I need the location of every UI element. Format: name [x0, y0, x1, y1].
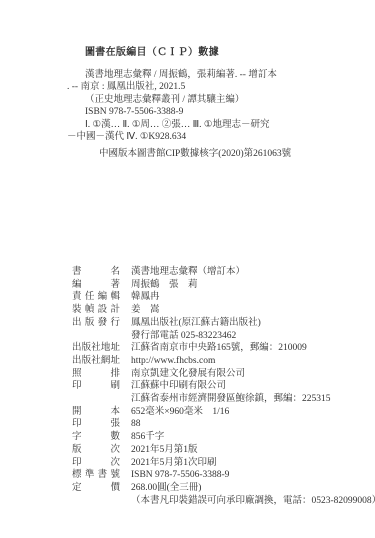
colophon-row-edition: 版 次2021年5月第1版: [72, 444, 367, 457]
colophon-value: 姜 嵩: [131, 304, 160, 317]
colophon-label: 印 次: [72, 457, 120, 470]
colophon-label: 書 名: [72, 266, 120, 279]
colophon-value: 江蘇省泰州市經濟開發區鮑徐鎮，郵編：225315: [131, 393, 331, 406]
cip-record-line-1: 漢書地理志彙釋 / 周振鶴，張莉編著. -- 增訂本: [67, 69, 327, 81]
colophon-row-publisher: 出版發行鳳凰出版社(原江蘇古籍出版社): [72, 317, 367, 330]
colophon-value: 江蘇蘇中印刷有限公司: [131, 380, 226, 393]
colophon-value: 856千字: [131, 431, 164, 444]
colophon-row-exchange-note: （本書凡印裝錯誤可向承印廠調換，電話：0523-82099008）: [72, 495, 367, 508]
colophon-value: （本書凡印裝錯誤可向承印廠調換，電話：0523-82099008）: [131, 495, 375, 508]
colophon-row-impression: 印 次2021年5月第1次印刷: [72, 457, 367, 470]
colophon-row-designer: 裝幀設計姜 嵩: [72, 304, 367, 317]
colophon-table: 書 名漢書地理志彙釋（增訂本） 編 著周振鶴 張 莉 責任編輯韓鳳冉 裝幀設計姜…: [72, 266, 367, 507]
colophon-value: ISBN 978-7-5506-3388-9: [131, 469, 229, 482]
colophon-label: 版 次: [72, 444, 120, 457]
colophon-value: 發行部電話 025-83223462: [131, 330, 236, 343]
colophon-label: 編 著: [72, 279, 120, 292]
colophon-label: 標準書號: [72, 469, 120, 482]
colophon-label: 定 價: [72, 482, 120, 495]
colophon-label: 開 本: [72, 406, 120, 419]
colophon-label: 責任編輯: [72, 291, 120, 304]
colophon-value: 鳳凰出版社(原江蘇古籍出版社): [131, 317, 261, 330]
colophon-row-format: 開 本652毫米×960毫米 1/16: [72, 406, 367, 419]
colophon-value: 韓鳳冉: [131, 291, 160, 304]
cip-record-number: 中國版本圖書館CIP數據核字(2020)第261063號: [99, 145, 291, 159]
colophon-row-publisher-website: 出版社網址http://www.fhcbs.com: [72, 355, 367, 368]
colophon-value: 漢書地理志彙釋（增訂本）: [131, 266, 245, 279]
colophon-row-typesetting: 照 排南京凱建文化發展有限公司: [72, 368, 367, 381]
copyright-page: 圖書在版編目（ＣＩＰ）數據 漢書地理志彙釋 / 周振鶴，張莉編著. -- 增訂本…: [0, 0, 375, 538]
colophon-value: 周振鶴 張 莉: [131, 279, 198, 292]
colophon-label: 照 排: [72, 368, 120, 381]
colophon-label: 出版社網址: [72, 355, 120, 368]
colophon-row-publisher-address: 出版社地址江蘇省南京市中央路165號，郵編：210009: [72, 342, 367, 355]
colophon-row-printer-address: 江蘇省泰州市經濟開發區鮑徐鎮，郵編：225315: [72, 393, 367, 406]
cip-record-line-2: . -- 南京 : 鳳凰出版社, 2021.5: [67, 81, 327, 93]
colophon-value: 南京凱建文化發展有限公司: [131, 368, 245, 381]
colophon-row-price: 定 價268.00圓(全三冊): [72, 482, 367, 495]
cip-record-block: 漢書地理志彙釋 / 周振鶴，張莉編著. -- 增訂本 . -- 南京 : 鳳凰出…: [67, 69, 327, 118]
colophon-row-printer: 印 刷江蘇蘇中印刷有限公司: [72, 380, 367, 393]
cip-series-line: （正史地理志彙釋叢刊 / 譚其驤主編）: [67, 94, 327, 106]
cip-classification-line-1: Ⅰ. ①漢… Ⅱ. ①周… ②張… Ⅲ. ①地理志－研究: [67, 119, 327, 131]
colophon-label: 印 張: [72, 418, 120, 431]
colophon-label: 出版社地址: [72, 342, 120, 355]
colophon-value: http://www.fhcbs.com: [131, 355, 215, 368]
colophon-label: 裝幀設計: [72, 304, 120, 317]
colophon-value: 88: [131, 418, 141, 431]
colophon-row-editor: 責任編輯韓鳳冉: [72, 291, 367, 304]
colophon-row-authors: 編 著周振鶴 張 莉: [72, 279, 367, 292]
cip-isbn-line: ISBN 978-7-5506-3388-9: [67, 106, 327, 118]
colophon-row-word-count: 字 數856千字: [72, 431, 367, 444]
colophon-value: 652毫米×960毫米 1/16: [131, 406, 229, 419]
colophon-label: 字 數: [72, 431, 120, 444]
cip-title: 圖書在版編目（ＣＩＰ）數據: [85, 43, 219, 58]
colophon-value: 江蘇省南京市中央路165號，郵編：210009: [131, 342, 307, 355]
cip-classification-line-2: －中國－漢代 Ⅳ. ①K928.634: [67, 131, 327, 143]
colophon-row-book-title: 書 名漢書地理志彙釋（增訂本）: [72, 266, 367, 279]
cip-classification-block: Ⅰ. ①漢… Ⅱ. ①周… ②張… Ⅲ. ①地理志－研究 －中國－漢代 Ⅳ. ①…: [67, 119, 327, 144]
colophon-label: 印 刷: [72, 380, 120, 393]
colophon-row-sales-phone: 發行部電話 025-83223462: [72, 330, 367, 343]
colophon-value: 2021年5月第1次印刷: [131, 457, 217, 470]
colophon-row-isbn: 標準書號ISBN 978-7-5506-3388-9: [72, 469, 367, 482]
colophon-row-sheets: 印 張88: [72, 418, 367, 431]
colophon-value: 2021年5月第1版: [131, 444, 198, 457]
colophon-value: 268.00圓(全三冊): [131, 482, 201, 495]
colophon-label: 出版發行: [72, 317, 120, 330]
